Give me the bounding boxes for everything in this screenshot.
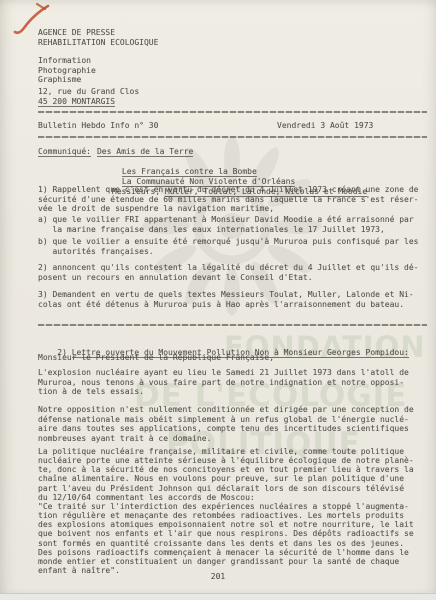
text-line: Des poisons radioactifs commençaient à m…	[38, 548, 425, 557]
communique-label: Communiqué:	[38, 147, 91, 157]
divider-rule-section	[38, 324, 427, 326]
agency-address: 12, rue du Grand Clos 45 200 MONTARGIS	[38, 87, 425, 106]
text-line: sont formés en quantité croissante dans …	[38, 539, 425, 548]
document-page: FONDATION DE L'ECOLOGIE POLITIQUE AGENCE…	[0, 0, 436, 593]
communique-row-2: Les Français contre la Bombe	[38, 157, 425, 167]
letter-paragraph-2: Notre opposition n'est nullement conditi…	[38, 405, 425, 443]
text-line: Information	[38, 56, 425, 66]
text-line: Mururoa, nous tenons à vous faire part d…	[38, 378, 425, 388]
letter-paragraph-1: L'explosion nucléaire ayant eu lieu le S…	[38, 368, 425, 397]
text-line: chaîne alimentaire. Nous en voulons pour…	[38, 474, 425, 483]
text-line: la marine française dans les eaux intern…	[38, 225, 425, 235]
text-line: monde entier et constituaient un danger …	[38, 557, 425, 566]
text-line: nombreuses ayant trait à ce domaine.	[38, 434, 425, 444]
text-line: part l'aveu du Président Johnson qui déc…	[38, 484, 425, 493]
text-line: nucléaire porte une atteinte sérieuse à …	[38, 456, 425, 465]
org-francais-contre-la-bombe: Les Français contre la Bombe	[122, 167, 257, 177]
agency-services: InformationPhotographieGraphisme	[38, 56, 425, 85]
bulletin-title-row: Bulletin Hebdo Info n° 30 Vendredi 3 Aoû…	[38, 121, 425, 131]
divider-rule-top	[38, 111, 427, 113]
communique-row-1: Communiqué:Des Amis de la Terre	[38, 147, 425, 157]
address-street: 12, rue du Grand Clos	[38, 87, 425, 97]
text-line: Notre opposition n'est nullement conditi…	[38, 405, 425, 415]
text-line: b) que le voilier a ensuite été remorqué…	[38, 237, 425, 247]
bulletin-title: Bulletin Hebdo Info n° 30	[38, 121, 158, 130]
text-line: sécurité d'une étendue de 60 milles mari…	[38, 195, 425, 205]
text-line: 1) Rappellent que c'est en vertu du décr…	[38, 185, 425, 195]
communique-item-3: 3) Demandent en vertu de quels textes Me…	[38, 290, 425, 309]
text-line: Graphisme	[38, 75, 425, 85]
text-line: du 12/10/64 commentant les accords de Mo…	[38, 493, 425, 502]
text-line: aire dans toutes ses applications, compt…	[38, 424, 425, 434]
communique-item-1: 1) Rappellent que c'est en vertu du décr…	[38, 185, 425, 214]
text-line: 3) Demandent en vertu de quels textes Me…	[38, 290, 425, 300]
page-number: 201	[0, 572, 436, 582]
text-line: colas ont été détenus à Mururoa puis à H…	[38, 300, 425, 310]
bulletin-date: Vendredi 3 Août 1973	[277, 121, 373, 131]
divider-rule-header	[38, 136, 427, 138]
text-line: a) que le voilier FRI appartenant à Mons…	[38, 215, 425, 225]
text-line: "Ce traité sur l'interdiction des expéri…	[38, 502, 425, 511]
text-line: Photographie	[38, 66, 425, 76]
communique-item-2: 2) annoncent qu'ils contestent la légali…	[38, 263, 425, 282]
text-line: tion à de tels essais.	[38, 387, 425, 397]
address-city: 45 200 MONTARGIS	[38, 97, 115, 107]
agency-name-line1: AGENCE DE PRESSE	[38, 28, 425, 38]
org-amis-de-la-terre: Des Amis de la Terre	[97, 147, 193, 157]
letter-paragraph-3: La politique nucléaire française, milita…	[38, 447, 425, 575]
scan-background-strip	[0, 593, 436, 600]
text-line: 2) annoncent qu'ils contestent la légali…	[38, 263, 425, 273]
text-line: tion régulière et menaçante des retombée…	[38, 511, 425, 520]
text-line: L'explosion nucléaire ayant eu lieu le S…	[38, 368, 425, 378]
text-line: vée le droit de suspendre la navigation …	[38, 204, 425, 214]
text-line: autorités françaises.	[38, 247, 425, 257]
communique-item-b: b) que le voilier a ensuite été remorqué…	[38, 237, 425, 256]
text-line: posent un recours en annulation devant l…	[38, 273, 425, 283]
communique-item-a: a) que le voilier FRI appartenant à Mons…	[38, 215, 425, 234]
text-line: La politique nucléaire française, milita…	[38, 447, 425, 456]
agency-name: AGENCE DE PRESSE REHABILITATION ECOLOGIQ…	[38, 28, 425, 47]
letter-salutation: Monsieur le Président de la République F…	[38, 353, 425, 363]
agency-name-line2: REHABILITATION ECOLOGIQUE	[38, 38, 425, 48]
communique-header: Communiqué:Des Amis de la Terre Les Fran…	[38, 147, 425, 187]
text-line: que boivent nos enfants et l'air que nou…	[38, 529, 425, 538]
text-line: défense nationale mais obéit simplement …	[38, 415, 425, 425]
